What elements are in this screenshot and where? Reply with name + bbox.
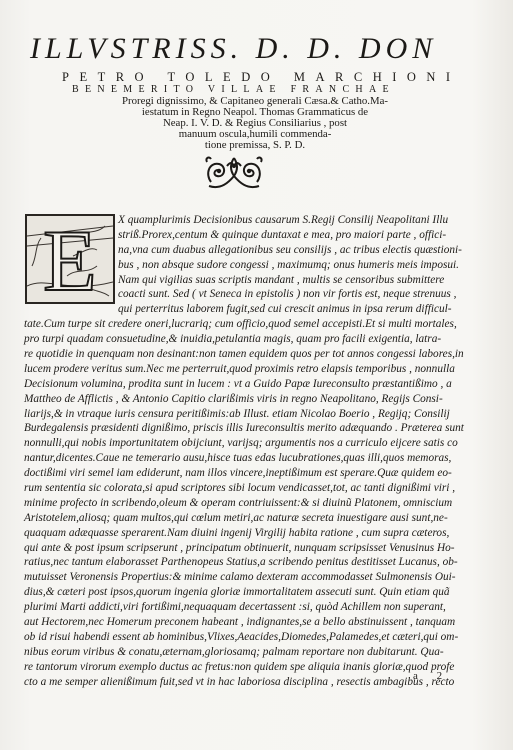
text-line: re quotidie in quenquam non desinant:non… [24,347,464,362]
text-line: bus , non absque sudore congessi , maxim… [24,258,464,273]
text-line: plurimi Marti addicti,viri fortißimi,neq… [24,600,464,615]
text-line: ratius,nec tantum elaborasset Parthenope… [24,555,464,570]
text-line: tate.Cum turpe sit credere oneri,lucrari… [24,317,464,332]
text-line: re tantorum virorum exemplo ductus ac fr… [24,660,464,675]
title-line-2: PETRO TOLEDO MARCHIONI [62,70,462,84]
text-line: striß.Prorex,centum & quinque duntaxat e… [24,228,464,243]
text-line: nantur,dicentes.Caue ne temerario ausu,h… [24,451,464,466]
text-line: qui perterritus laborem fugit,sed cui cr… [24,302,464,317]
text-line: aut Hectorem,nec Homerum preconem habean… [24,615,464,630]
text-line: pro turpi quadam consuetudine,& inuidia,… [24,332,464,347]
text-line: Mattheo de Afflictis , & Antonio Capitio… [24,392,464,407]
text-line: mutuisset Veronensis Propertius:& minime… [24,570,464,585]
body-text: X quamplurimis Decisionibus causarum S.R… [24,213,464,690]
text-line: minime profecto in scribendo,oleum & ope… [24,496,464,511]
text-line: lucem prodere veritus sum.Nec me perterr… [24,362,464,377]
text-line: liarijs,& in vtraque iuris censura perit… [24,407,464,422]
signature-mark: a 2 [413,670,450,682]
text-line: na,vna cum duabus allegationibus seu con… [24,243,464,258]
text-line: nonnulli,qui nobis importunitatem obijci… [24,436,464,451]
text-line: coacti sunt. Sed ( vt Seneca in epistoli… [24,287,464,302]
book-page: ILLVSTRISS. D. D. DON PETRO TOLEDO MARCH… [0,0,513,750]
text-line: X quamplurimis Decisionibus causarum S.R… [24,213,464,228]
text-line: doctißimi viri semel iam ediderunt, nam … [24,466,464,481]
text-line: rum sententia sic colorata,si apud scrip… [24,481,464,496]
text-line: nibus eorum viribus & conatu,æternam,glo… [24,645,464,660]
text-line: quaquam adæquasse sperarent.Nam diuini i… [24,526,464,541]
title-line-1: ILLVSTRISS. D. D. DON [30,33,480,65]
dedication-block: Proregi dignissimo, & Capitaneo generali… [60,96,450,151]
text-line: cto a me semper alienißimum fuit,sed vt … [24,675,464,690]
text-line: Burdegalensis præsidenti dignißimo, pris… [24,421,464,436]
text-line: qui ante & post ipsum scripserunt , prin… [24,541,464,556]
text-line: Aristotelem,aliosq; quam multos,qui cœlu… [24,511,464,526]
text-line: dius,& cæteri post ipsos,quorum ingenia … [24,585,464,600]
floral-ornament-icon [203,152,265,192]
text-line: Decisionum volumina, prodita sunt in luc… [24,377,464,392]
text-line: ob id risui habendi essent ab hominibus,… [24,630,464,645]
text-line: Nam qui vigilias suas scriptis mandant ,… [24,273,464,288]
dedication-line: tione premissa, S. P. D. [60,140,450,151]
